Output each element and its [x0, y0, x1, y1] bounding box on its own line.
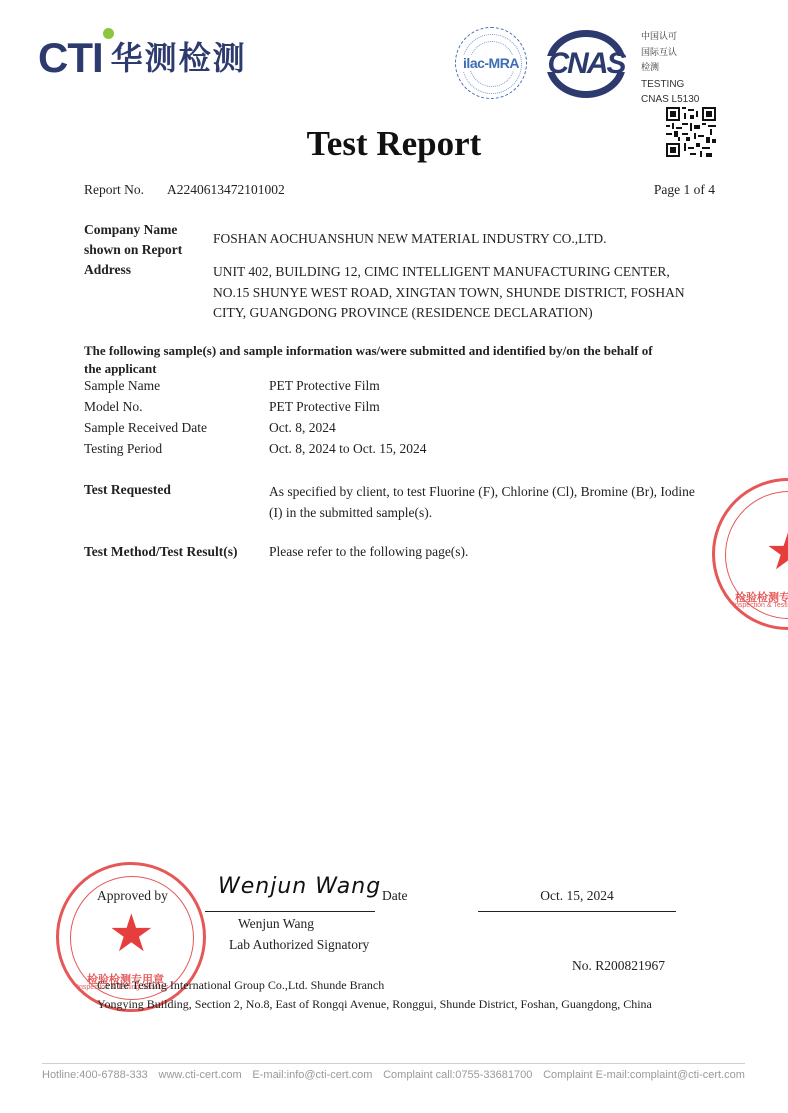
page-indicator: Page 1 of 4: [654, 182, 715, 198]
model-no-label: Model No.: [84, 399, 143, 415]
accreditation-text: 中国认可 国际互认 检测 TESTING CNAS L5130: [641, 30, 699, 108]
ilac-mra-logo: ilac-MRA: [455, 27, 527, 99]
testing-period-value: Oct. 8, 2024 to Oct. 15, 2024: [269, 441, 427, 457]
company-name-label-line: Company Name: [84, 220, 182, 240]
testing-period-label: Testing Period: [84, 441, 162, 457]
accreditation-line: 检测: [641, 61, 699, 77]
sample-name-label: Sample Name: [84, 378, 160, 394]
cnas-logo: CNAS: [540, 30, 632, 98]
accreditation-line: 国际互认: [641, 46, 699, 62]
cnas-label: CNAS: [540, 47, 632, 81]
report-no-label: Report No.: [84, 182, 144, 198]
test-method-value: Please refer to the following page(s).: [269, 544, 468, 560]
company-name-label: Company Name shown on Report: [84, 220, 182, 260]
footer-hotline: Hotline:400-6788-333: [42, 1069, 148, 1081]
signatory-name: Wenjun Wang: [238, 916, 314, 932]
signature-line: [205, 911, 375, 912]
model-no-value: PET Protective Film: [269, 399, 380, 415]
received-date-value: Oct. 8, 2024: [269, 420, 336, 436]
test-requested-value: As specified by client, to test Fluorine…: [269, 482, 695, 523]
footer-website: www.cti-cert.com: [159, 1069, 242, 1081]
test-requested-label: Test Requested: [84, 482, 171, 498]
company-seal-right: ★ 检验检测专用章 Inspection & Testing Services: [712, 478, 788, 630]
accreditation-line: CNAS L5130: [641, 92, 699, 108]
footer-email: E-mail:info@cti-cert.com: [252, 1069, 372, 1081]
date-line: [478, 911, 676, 912]
sample-intro: The following sample(s) and sample infor…: [84, 342, 653, 378]
address-line: NO.15 SHUNYE WEST ROAD, XINGTAN TOWN, SH…: [213, 283, 685, 304]
footer-complaint-email: Complaint E-mail:complaint@cti-cert.com: [543, 1069, 745, 1081]
approved-by-label: Approved by: [97, 888, 168, 904]
sample-intro-line: The following sample(s) and sample infor…: [84, 342, 653, 360]
certificate-number: No. R200821967: [572, 958, 665, 974]
accreditation-line: 中国认可: [641, 30, 699, 46]
test-method-label: Test Method/Test Result(s): [84, 544, 238, 560]
company-name-label-line: shown on Report: [84, 240, 182, 260]
company-name: FOSHAN AOCHUANSHUN NEW MATERIAL INDUSTRY…: [213, 231, 607, 247]
footer-divider: [42, 1063, 745, 1064]
footer-complaint-call: Complaint call:0755-33681700: [383, 1069, 532, 1081]
cti-logo-chinese: 华测检测: [111, 38, 247, 78]
page-title: Test Report: [0, 124, 788, 164]
sample-intro-line: the applicant: [84, 360, 653, 378]
date-label: Date: [382, 888, 407, 904]
seal-star-icon: ★: [108, 909, 155, 961]
test-requested-line: (I) in the submitted sample(s).: [269, 503, 695, 524]
footer: Hotline:400-6788-333 www.cti-cert.com E-…: [42, 1069, 745, 1081]
cti-logo-text: CTI: [38, 38, 103, 78]
report-no: A2240613472101002: [167, 182, 285, 198]
signatory-role: Lab Authorized Signatory: [229, 937, 369, 953]
approval-date: Oct. 15, 2024: [478, 888, 676, 904]
test-requested-line: As specified by client, to test Fluorine…: [269, 482, 695, 503]
organization-address: Yongying Building, Section 2, No.8, East…: [97, 997, 652, 1012]
address-label: Address: [84, 262, 131, 278]
address-line: CITY, GUANGDONG PROVINCE (RESIDENCE DECL…: [213, 303, 685, 324]
address-line: UNIT 402, BUILDING 12, CIMC INTELLIGENT …: [213, 262, 685, 283]
organization-name: Centre Testing International Group Co.,L…: [97, 978, 384, 993]
ilac-mra-label: ilac-MRA: [462, 55, 520, 71]
address: UNIT 402, BUILDING 12, CIMC INTELLIGENT …: [213, 262, 685, 324]
seal-star-icon: ★: [765, 527, 788, 579]
logo-green-dot: [103, 28, 114, 39]
cti-logo: CTI 华测检测: [38, 38, 247, 78]
received-date-label: Sample Received Date: [84, 420, 207, 436]
signature: Wenjun Wang: [218, 874, 381, 899]
accreditation-line: TESTING: [641, 77, 699, 93]
seal-bottom-en: Inspection & Testing Services: [733, 602, 788, 609]
sample-name-value: PET Protective Film: [269, 378, 380, 394]
